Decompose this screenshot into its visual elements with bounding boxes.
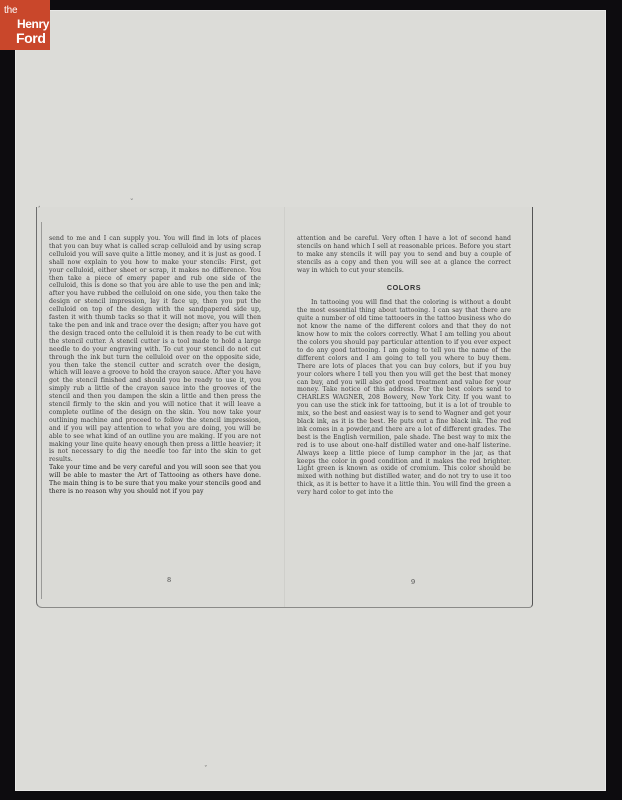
henry-ford-logo: the Henry Ford (0, 0, 50, 50)
colors-heading: COLORS (297, 284, 511, 292)
logo-line-henry: Henry (17, 18, 49, 30)
scan-speck: ˇ (204, 765, 208, 773)
logo-line-the: the (4, 6, 17, 16)
left-page-paragraph-2: Take your time and be very careful and y… (49, 464, 261, 496)
right-page-intro: attention and be careful. Very often I h… (297, 235, 511, 275)
colors-body: In tattooing you will find that the colo… (297, 299, 511, 497)
booklet-spread: send to me and I can supply you. You wil… (36, 207, 533, 608)
booklet-gutter (284, 207, 285, 607)
left-page-paragraph-1: send to me and I can supply you. You wil… (49, 235, 261, 464)
right-page-number: 9 (411, 578, 415, 586)
scan-speck: ʼ (38, 205, 40, 213)
logo-line-ford: Ford (16, 31, 46, 45)
right-page-text: attention and be careful. Very often I h… (297, 235, 511, 497)
left-page-number: 8 (167, 576, 171, 584)
scan-speck: ˘ (130, 198, 134, 206)
left-page-text: send to me and I can supply you. You wil… (49, 235, 261, 496)
